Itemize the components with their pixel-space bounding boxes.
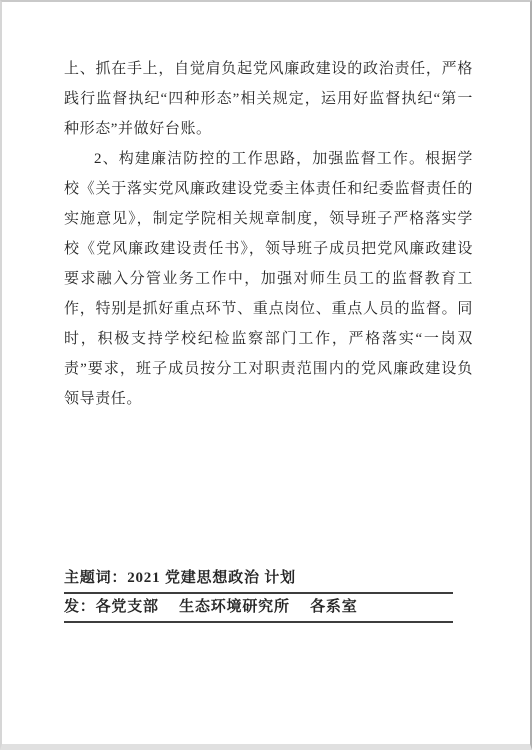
document-body: 上、抓在手上，自觉肩负起党风廉政建设的政治责任，严格践行监督执纪“四种形态”相关…: [64, 54, 473, 414]
paragraph-continuation: 上、抓在手上，自觉肩负起党风廉政建设的政治责任，严格践行监督执纪“四种形态”相关…: [64, 54, 473, 144]
subject-keywords-line: 主题词：2021 党建思想政治 计划: [64, 565, 453, 594]
distribution-line: 发：各党支部 生态环境研究所 各系室: [64, 594, 453, 623]
issuer-line: 四川农业大学环境学院党委办公室 2021 年 3 月 30 日印发: [64, 623, 453, 652]
document-footer: 主题词：2021 党建思想政治 计划 发：各党支部 生态环境研究所 各系室 四川…: [64, 565, 453, 652]
document-page: 上、抓在手上，自觉肩负起党风廉政建设的政治责任，严格践行监督执纪“四种形态”相关…: [0, 0, 532, 750]
paragraph-item-2: 2、构建廉洁防控的工作思路，加强监督工作。根据学校《关于落实党风廉政建设党委主体…: [64, 144, 473, 414]
